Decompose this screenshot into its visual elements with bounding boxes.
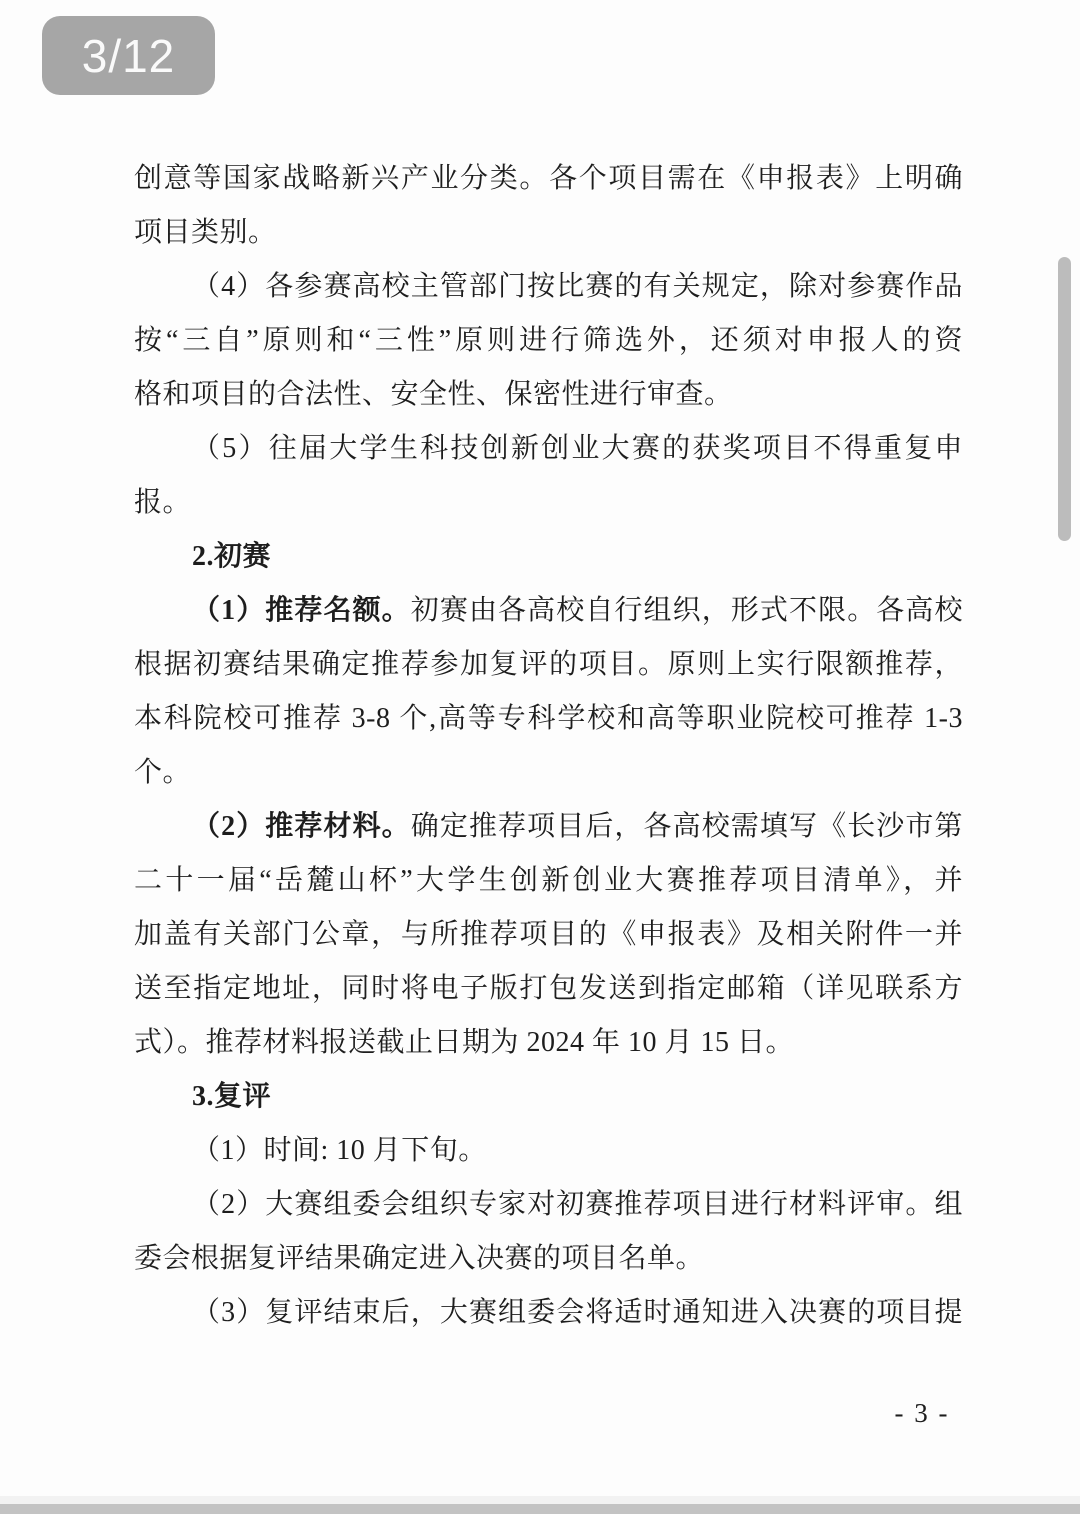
document-line: 创意等国家战略新兴产业分类。各个项目需在《申报表》上明确 [134, 152, 963, 206]
document-text: 委会根据复评结果确定进入决赛的项目名单。 [134, 1243, 704, 1274]
document-line: 格和项目的合法性、安全性、保密性进行审查。 [134, 368, 963, 422]
document-viewer: 3/12 创意等国家战略新兴产业分类。各个项目需在《申报表》上明确项目类别。（4… [0, 0, 1080, 1514]
document-text: 格和项目的合法性、安全性、保密性进行审查。 [134, 379, 733, 410]
document-text: （3）复评结束后，大赛组委会将适时通知进入决赛的项目提 [192, 1297, 963, 1328]
document-line: 本科院校可推荐 3-8 个,高等专科学校和高等职业院校可推荐 1-3 [134, 692, 963, 746]
document-line: 2.初赛 [134, 530, 963, 584]
document-line: （1）时间: 10 月下旬。 [134, 1124, 963, 1178]
document-line: （1）推荐名额。初赛由各高校自行组织，形式不限。各高校 [134, 584, 963, 638]
document-text: 按“三自”原则和“三性”原则进行筛选外，还须对申报人的资 [134, 325, 963, 356]
document-text: 个。 [134, 757, 191, 788]
document-text: （1）时间: 10 月下旬。 [192, 1135, 487, 1166]
document-text: 创意等国家战略新兴产业分类。各个项目需在《申报表》上明确 [134, 163, 963, 194]
document-line: 加盖有关部门公章，与所推荐项目的《申报表》及相关附件一并 [134, 908, 963, 962]
document-text: 报。 [134, 487, 191, 518]
document-line: （2）推荐材料。确定推荐项目后，各高校需填写《长沙市第 [134, 800, 963, 854]
document-text-bold: 3.复评 [192, 1081, 271, 1112]
document-line: 委会根据复评结果确定进入决赛的项目名单。 [134, 1232, 963, 1286]
document-line: 报。 [134, 476, 963, 530]
page-indicator-label: 3/12 [82, 29, 176, 83]
document-text: 二十一届“岳麓山杯”大学生创新创业大赛推荐项目清单》，并 [134, 865, 963, 896]
document-text: 本科院校可推荐 3-8 个,高等专科学校和高等职业院校可推荐 1-3 [134, 703, 963, 734]
document-line: （4）各参赛高校主管部门按比赛的有关规定，除对参赛作品 [134, 260, 963, 314]
document-text: 送至指定地址，同时将电子版打包发送到指定邮箱（详见联系方 [134, 973, 963, 1004]
page-footer-number: - 3 - [872, 1398, 972, 1429]
document-line: （2）大赛组委会组织专家对初赛推荐项目进行材料评审。组 [134, 1178, 963, 1232]
document-text: （5）往届大学生科技创新创业大赛的获奖项目不得重复申 [192, 433, 963, 464]
document-line: 按“三自”原则和“三性”原则进行筛选外，还须对申报人的资 [134, 314, 963, 368]
document-line: 项目类别。 [134, 206, 963, 260]
document-text: 初赛由各高校自行组织，形式不限。各高校 [411, 595, 963, 626]
document-text: （4）各参赛高校主管部门按比赛的有关规定，除对参赛作品 [192, 271, 963, 302]
document-line: 3.复评 [134, 1070, 963, 1124]
document-text: 式）。推荐材料报送截止日期为 2024 年 10 月 15 日。 [134, 1027, 794, 1058]
document-text-bold: 2.初赛 [192, 541, 271, 572]
document-text-bold: （2）推荐材料。 [192, 811, 411, 842]
bottom-edge-bar [0, 1504, 1080, 1514]
document-text-bold: （1）推荐名额。 [192, 595, 411, 626]
document-text: （2）大赛组委会组织专家对初赛推荐项目进行材料评审。组 [192, 1189, 963, 1220]
document-body: 创意等国家战略新兴产业分类。各个项目需在《申报表》上明确项目类别。（4）各参赛高… [134, 152, 963, 1340]
document-text: 根据初赛结果确定推荐参加复评的项目。原则上实行限额推荐， [134, 649, 963, 680]
document-line: 根据初赛结果确定推荐参加复评的项目。原则上实行限额推荐， [134, 638, 963, 692]
document-text: 加盖有关部门公章，与所推荐项目的《申报表》及相关附件一并 [134, 919, 963, 950]
document-text: 项目类别。 [134, 217, 277, 248]
document-line: 个。 [134, 746, 963, 800]
document-line: 式）。推荐材料报送截止日期为 2024 年 10 月 15 日。 [134, 1016, 963, 1070]
document-line: （3）复评结束后，大赛组委会将适时通知进入决赛的项目提 [134, 1286, 963, 1340]
scrollbar-thumb[interactable] [1058, 257, 1071, 541]
document-line: （5）往届大学生科技创新创业大赛的获奖项目不得重复申 [134, 422, 963, 476]
document-line: 二十一届“岳麓山杯”大学生创新创业大赛推荐项目清单》，并 [134, 854, 963, 908]
page-indicator-badge: 3/12 [42, 16, 215, 95]
document-text: 确定推荐项目后，各高校需填写《长沙市第 [411, 811, 963, 842]
document-line: 送至指定地址，同时将电子版打包发送到指定邮箱（详见联系方 [134, 962, 963, 1016]
bottom-edge-highlight [0, 1496, 1080, 1504]
